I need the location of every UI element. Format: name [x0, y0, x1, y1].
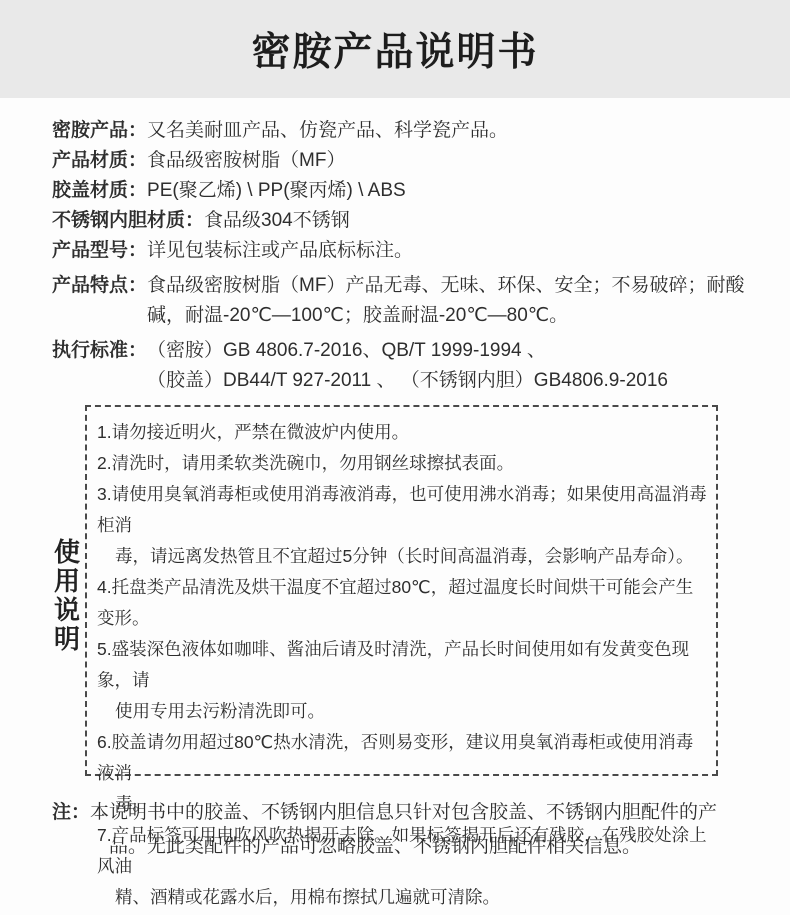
usage-item-2: 2.清洗时，请用柔软类洗碗巾，勿用钢丝球擦拭表面。	[97, 448, 708, 479]
usage-side-label-char: 使	[50, 538, 84, 567]
usage-item-4: 4.托盘类产品清洗及烘干温度不宜超过80℃，超过温度长时间烘干可能会产生变形。	[97, 572, 708, 634]
field-lid-material: 胶盖材质： PE(聚乙烯) \ PP(聚丙烯) \ ABS	[52, 176, 746, 206]
header-band: 密胺产品说明书	[0, 0, 790, 98]
usage-item-1: 1.请勿接近明火，严禁在微波炉内使用。	[97, 417, 708, 448]
field-label: 胶盖材质：	[52, 176, 147, 206]
field-value-line: （密胺）GB 4806.7-2016、QB/T 1999-1994 、	[147, 336, 668, 366]
usage-item-line: 毒，请远离发热管且不宜超过5分钟（长时间高温消毒，会影响产品寿命）。	[97, 541, 708, 572]
field-product-material: 产品材质： 食品级密胺树脂（MF）	[52, 146, 746, 176]
usage-item-line: 1.请勿接近明火，严禁在微波炉内使用。	[97, 417, 708, 448]
usage-item-line: 2.清洗时，请用柔软类洗碗巾，勿用钢丝球擦拭表面。	[97, 448, 708, 479]
usage-item-7: 7.产品标签可用电吹风吹热揭开去除。如果标签揭开后还有残胶，在残胶处涂上风油 精…	[97, 820, 708, 913]
field-value-line: 碱，耐温-20℃—100℃；胶盖耐温-20℃—80℃。	[147, 301, 744, 331]
field-value: 食品级密胺树脂（MF）	[147, 146, 345, 176]
usage-item-line: 使用专用去污粉清洗即可。	[97, 696, 708, 727]
field-steel-liner-material: 不锈钢内胆材质： 食品级304不锈钢	[52, 206, 746, 236]
field-label: 产品型号：	[52, 236, 147, 266]
field-label: 执行标准：	[52, 336, 147, 366]
usage-item-line: 6.胶盖请勿用超过80℃热水清洗，否则易变形，建议用臭氧消毒柜或使用消毒液消	[97, 727, 708, 789]
usage-item-6: 6.胶盖请勿用超过80℃热水清洗，否则易变形，建议用臭氧消毒柜或使用消毒液消 毒…	[97, 727, 708, 820]
usage-instructions-section: 使 用 说 明 1.请勿接近明火，严禁在微波炉内使用。 2.清洗时，请用柔软类洗…	[0, 405, 790, 776]
usage-side-label: 使 用 说 明	[50, 538, 84, 654]
field-value: 又名美耐皿产品、仿瓷产品、科学瓷产品。	[147, 116, 508, 146]
field-label: 产品材质：	[52, 146, 147, 176]
usage-instructions-box: 1.请勿接近明火，严禁在微波炉内使用。 2.清洗时，请用柔软类洗碗巾，勿用钢丝球…	[85, 405, 718, 776]
field-product-features: 产品特点： 食品级密胺树脂（MF）产品无毒、无味、环保、安全；不易破碎；耐酸 碱…	[52, 271, 746, 331]
usage-side-label-char: 明	[50, 625, 84, 654]
field-melamine-product: 密胺产品： 又名美耐皿产品、仿瓷产品、科学瓷产品。	[52, 116, 746, 146]
usage-side-label-char: 用	[50, 567, 84, 596]
field-label: 产品特点：	[52, 271, 147, 301]
field-value-line: 食品级密胺树脂（MF）产品无毒、无味、环保、安全；不易破碎；耐酸	[147, 271, 744, 301]
usage-item-5: 5.盛装深色液体如咖啡、酱油后请及时清洗，产品长时间使用如有发黄变色现象，请 使…	[97, 634, 708, 727]
usage-item-line: 4.托盘类产品清洗及烘干温度不宜超过80℃，超过温度长时间烘干可能会产生变形。	[97, 572, 708, 634]
usage-item-line: 毒。	[97, 789, 708, 820]
instruction-sheet-page: { "colors": { "header_bg": "#e9e9e9", "p…	[0, 0, 790, 915]
usage-item-line: 7.产品标签可用电吹风吹热揭开去除。如果标签揭开后还有残胶，在残胶处涂上风油	[97, 820, 708, 882]
field-value: PE(聚乙烯) \ PP(聚丙烯) \ ABS	[147, 176, 406, 206]
usage-item-3: 3.请使用臭氧消毒柜或使用消毒液消毒，也可使用沸水消毒；如果使用高温消毒柜消 毒…	[97, 479, 708, 572]
page-title: 密胺产品说明书	[251, 21, 538, 77]
note-label: 注：	[52, 796, 90, 830]
field-label: 不锈钢内胆材质：	[52, 206, 204, 236]
usage-item-line: 精、酒精或花露水后，用棉布擦拭几遍就可清除。	[97, 882, 708, 913]
field-product-model: 产品型号： 详见包装标注或产品底标标注。	[52, 236, 746, 266]
field-value: 食品级304不锈钢	[204, 206, 350, 236]
field-standards: 执行标准： （密胺）GB 4806.7-2016、QB/T 1999-1994 …	[52, 336, 746, 396]
field-value: 详见包装标注或产品底标标注。	[147, 236, 413, 266]
field-label: 密胺产品：	[52, 116, 147, 146]
product-info-section: 密胺产品： 又名美耐皿产品、仿瓷产品、科学瓷产品。 产品材质： 食品级密胺树脂（…	[0, 98, 790, 396]
field-value-line: （胶盖）DB44/T 927-2011 、 （不锈钢内胆）GB4806.9-20…	[147, 366, 668, 396]
usage-item-line: 3.请使用臭氧消毒柜或使用消毒液消毒，也可使用沸水消毒；如果使用高温消毒柜消	[97, 479, 708, 541]
usage-side-label-char: 说	[50, 596, 84, 625]
usage-item-line: 5.盛装深色液体如咖啡、酱油后请及时清洗，产品长时间使用如有发黄变色现象，请	[97, 634, 708, 696]
